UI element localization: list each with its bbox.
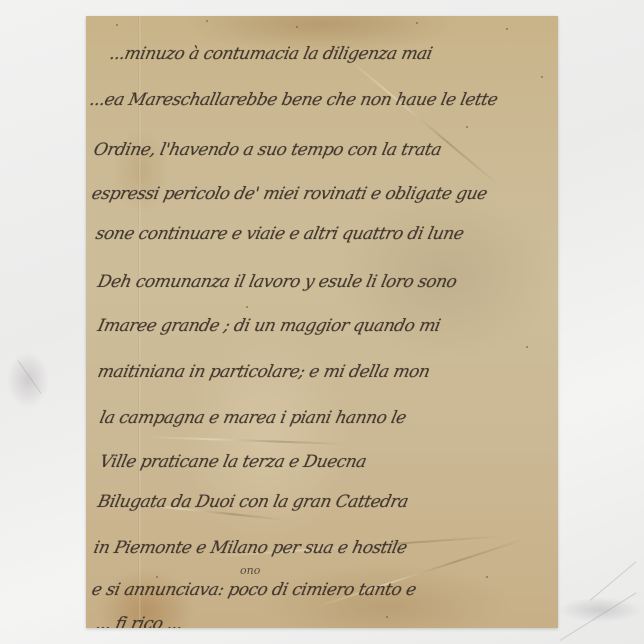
handwritten-line: e si annunciava: poco di cimiero tanto e [90,580,418,600]
handwritten-line: ...minuzo à contumacia la diligenza mai [108,44,434,64]
handwritten-line: ...ea Mareschallarebbe bene che non haue… [88,90,500,110]
ink-speck [541,76,543,78]
handwritten-line: sone continuare e viaie e altri quattro … [94,224,466,244]
ink-speck [156,576,158,578]
parchment-sheet: ...minuzo à contumacia la diligenza mai.… [86,16,558,628]
ink-speck [416,22,418,24]
ink-speck [246,306,248,308]
marble-vein [18,360,42,393]
handwritten-line: Imaree grande ; di un maggior quando mi [96,316,442,336]
ink-speck [486,576,488,578]
handwritten-line: in Piemonte e Milano per sua e hostile [92,538,409,558]
marble-vein [560,592,637,641]
ink-speck [116,24,118,26]
ink-speck [206,20,208,22]
ink-speck [386,616,388,618]
handwritten-line: Ville praticane la terza e Duecna [98,452,368,472]
handwritten-line: maitiniana in particolare; e mi della mo… [96,362,432,382]
handwritten-line: ... fi rico ... [94,614,184,628]
marble-vein [590,562,637,601]
handwritten-line: Ordine, l'havendo a suo tempo con la tra… [92,140,443,160]
ink-speck [506,28,508,30]
ink-speck [526,346,528,348]
ink-speck [296,26,298,28]
interlinear-annotation: ono [240,564,260,577]
handwritten-line: espressi pericolo de' miei rovinati e ob… [90,184,489,204]
handwritten-line: Deh comunanza il lavoro y esule li loro … [96,272,459,292]
handwritten-line: Bilugata da Duoi con la gran Cattedra [96,492,410,512]
paper-crease [146,436,346,445]
ink-speck [466,126,468,128]
paper-crease [345,56,499,186]
handwritten-line: la campagna e marea i piani hanno le [98,408,408,428]
